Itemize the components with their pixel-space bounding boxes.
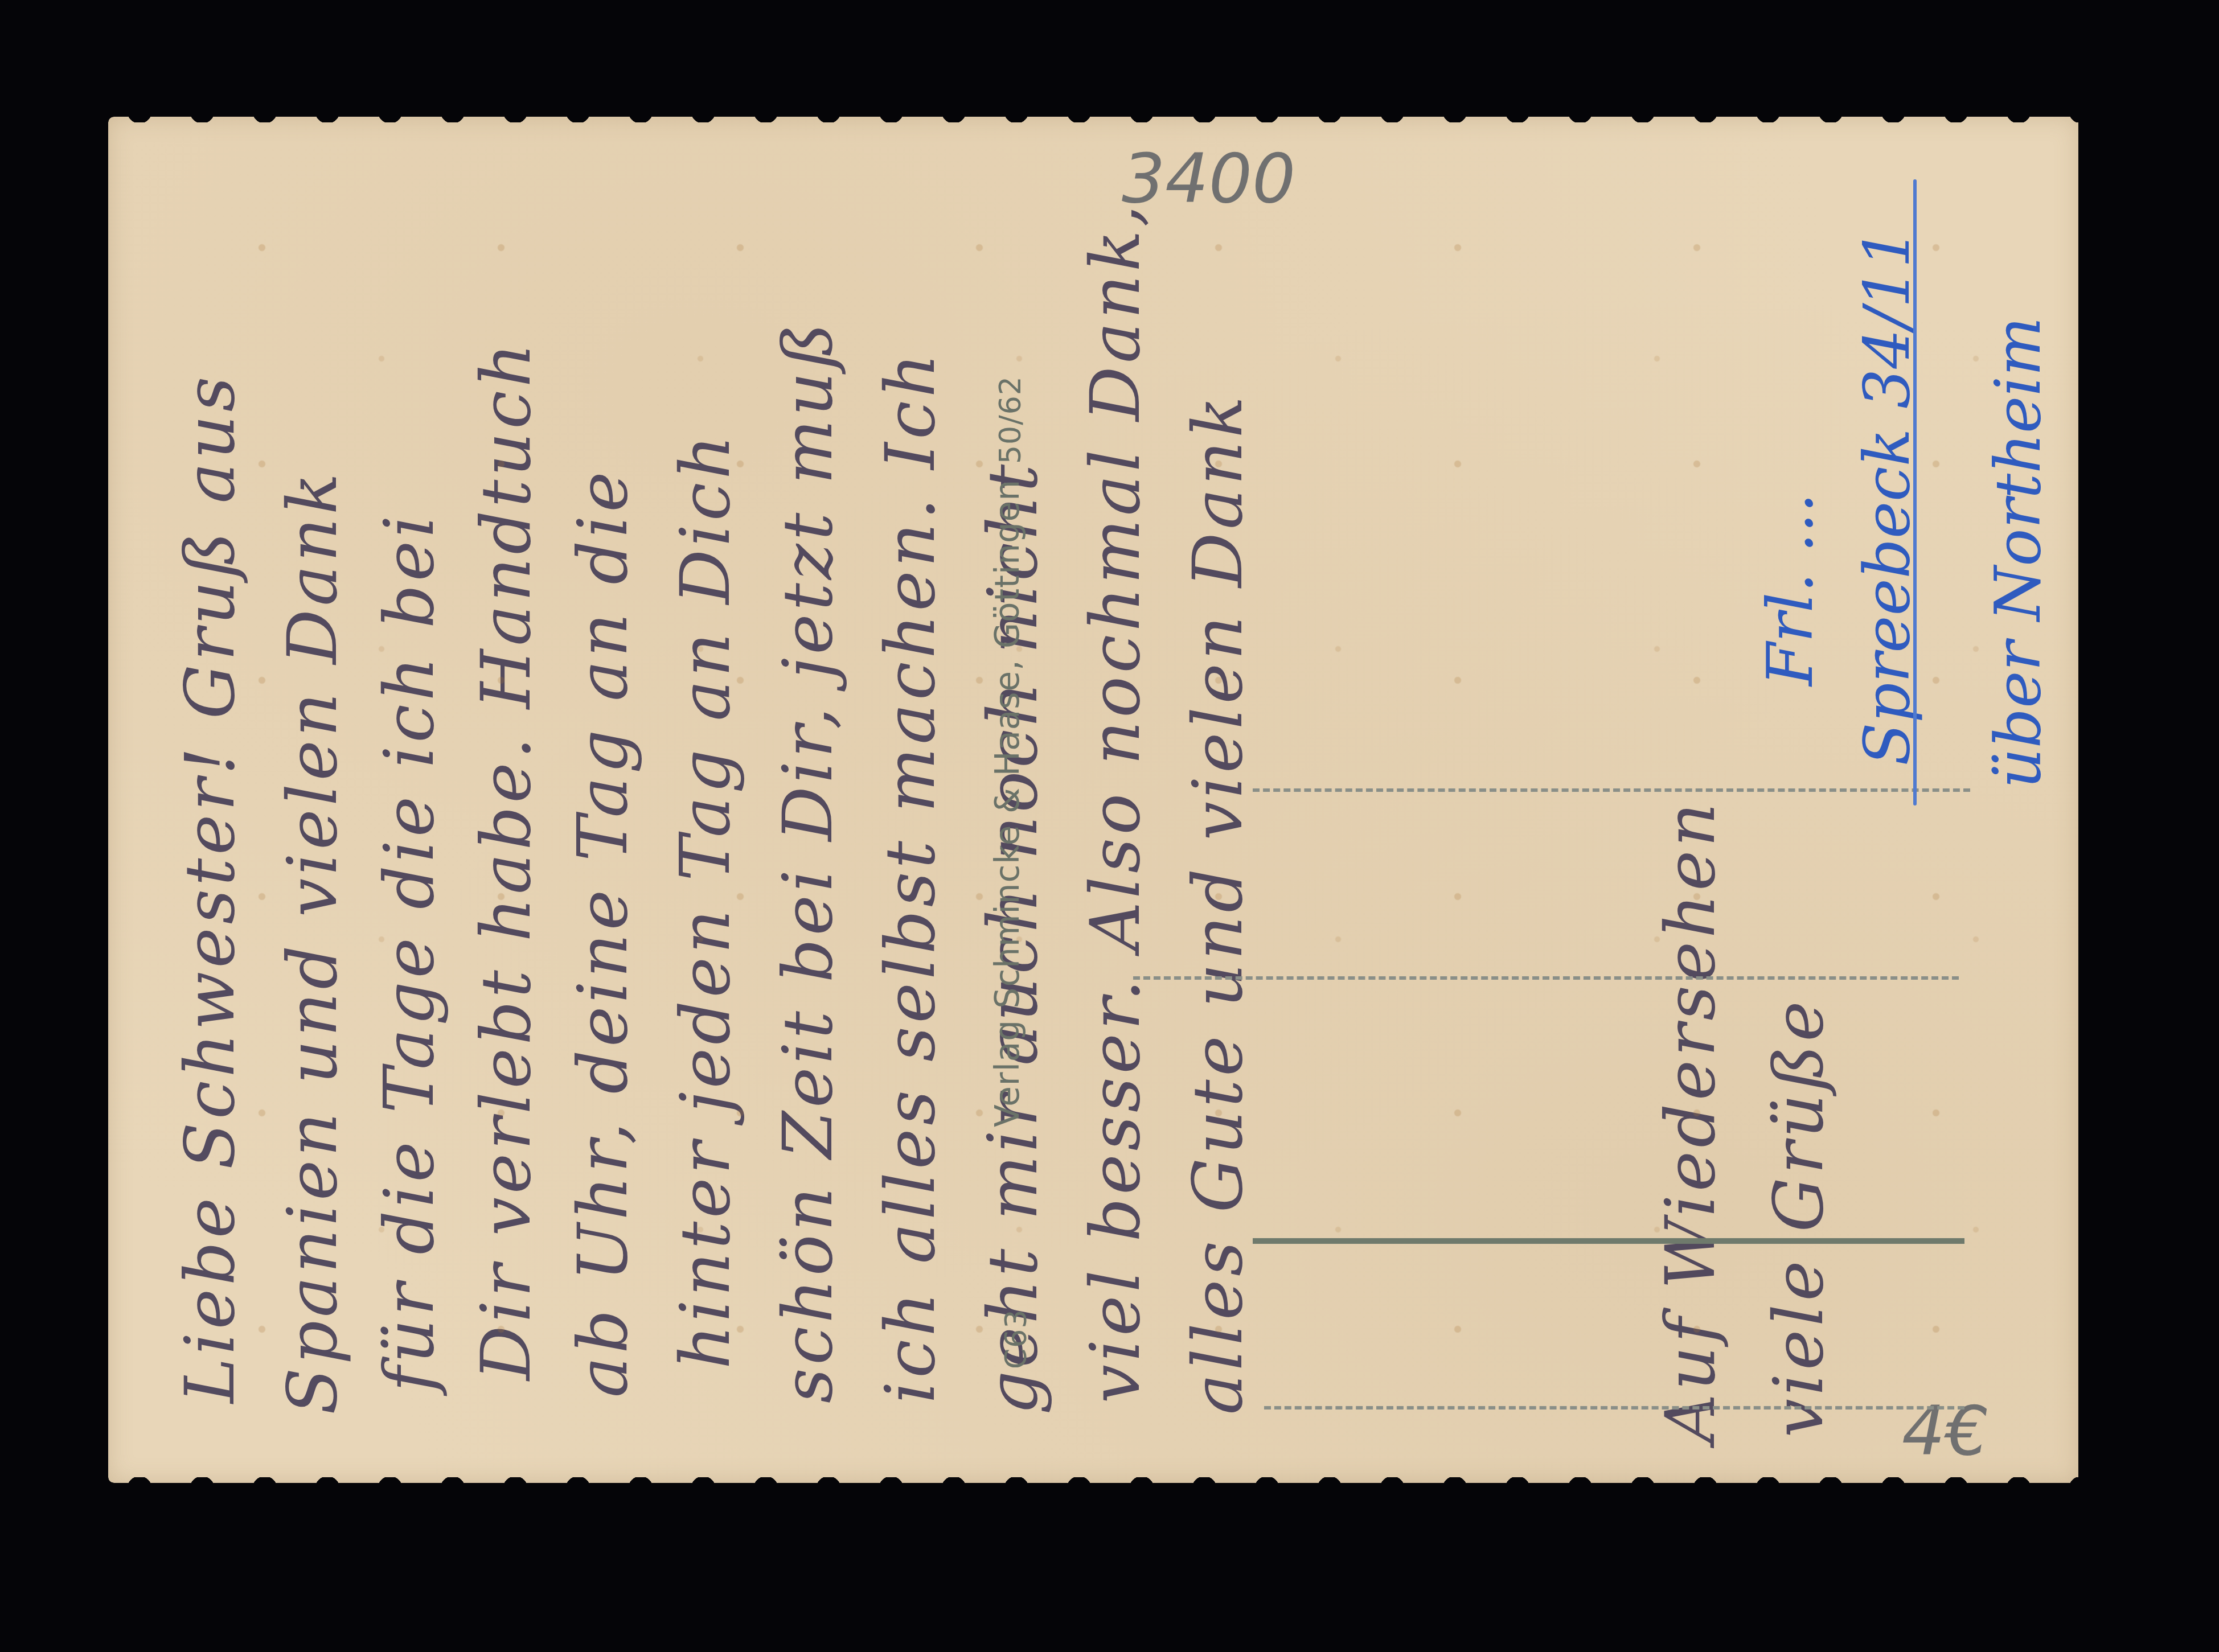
- message-line-7: schön Zeit bei Dir, jetzt muß: [769, 319, 848, 1403]
- address-recipient: Frl. ...: [1754, 493, 1827, 686]
- pencil-price: 4€: [1902, 1392, 1989, 1471]
- message-line-5: ab Uhr, deine Tag an die: [564, 469, 643, 1398]
- message-line-3: für die Tage die ich bei: [370, 512, 449, 1392]
- address-divider: [1253, 1238, 1964, 1244]
- address-line-3: [1264, 1406, 1964, 1409]
- scan-background: Liebe Schwester! Gruß aus Spanien und vi…: [0, 0, 2219, 1652]
- message-line-6: hinter jeden Tag an Dich: [666, 432, 745, 1369]
- edition-code: 50/62: [994, 376, 1028, 464]
- address-town: über Northeim: [1982, 317, 2054, 788]
- address-underline: [1913, 179, 1917, 806]
- address-line-2: [1133, 976, 1959, 980]
- pencil-number: 3400: [1122, 139, 1295, 219]
- card-code: C63: [999, 1309, 1033, 1369]
- message-line-8: ich alles selbst machen. Ich: [871, 350, 950, 1403]
- message-line-1: Liebe Schwester! Gruß aus: [171, 373, 250, 1403]
- address-street: Spreebeck 34/11: [1851, 228, 1923, 766]
- address-line-1: [1253, 788, 1970, 792]
- publisher-imprint: Verlag Schmincke & Haase, Göttingen: [988, 479, 1027, 1127]
- postcard: Liebe Schwester! Gruß aus Spanien und vi…: [108, 117, 2078, 1483]
- message-signoff: viele Grüße: [1759, 998, 1839, 1437]
- message-line-4: Dir verlebt habe. Handtuch: [467, 340, 546, 1380]
- message-line-2: Spanien und vielen Dank: [273, 470, 352, 1415]
- message-line-10: viel besser. Also nochmal Dank,: [1076, 202, 1155, 1403]
- message-line-11: alles Gute und vielen Dank: [1179, 393, 1258, 1415]
- message-closing: Auf Wiedersehen: [1651, 799, 1730, 1443]
